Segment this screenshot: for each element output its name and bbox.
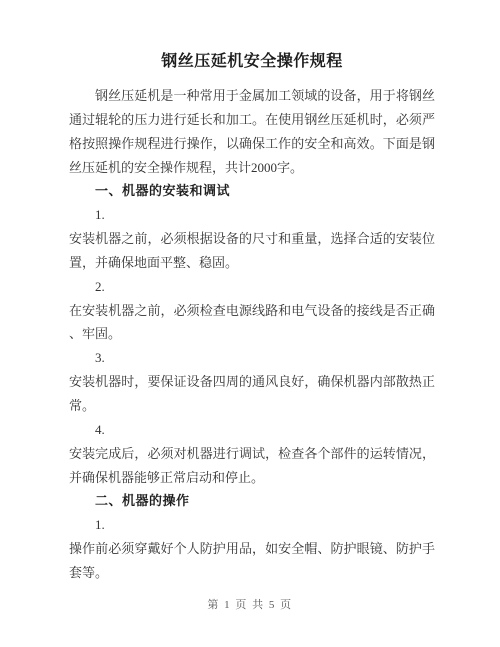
section-1-item-3-text: 安装机器时，要保证设备四周的通风良好，确保机器内部散热正常。: [69, 370, 435, 418]
intro-paragraph: 钢丝压延机是一种常用于金属加工领域的设备，用于将钢丝通过辊轮的压力进行延长和加工…: [69, 84, 435, 179]
page-footer: 第 1 页 共 5 页: [0, 597, 500, 613]
page-number-label: 第 1 页 共 5 页: [207, 599, 292, 611]
section-1-item-4-number: 4.: [69, 418, 435, 442]
section-2-item-1-number: 1.: [69, 513, 435, 537]
section-1-item-1-number: 1.: [69, 203, 435, 227]
section-1-item-2-number: 2.: [69, 275, 435, 299]
section-2-item-1-text: 操作前必须穿戴好个人防护用品，如安全帽、防护眼镜、防护手套等。: [69, 537, 435, 585]
section-1-item-2-text: 在安装机器之前，必须检查电源线路和电气设备的接线是否正确、牢固。: [69, 299, 435, 347]
section-1-heading: 一、机器的安装和调试: [69, 179, 435, 203]
section-1-item-4-text: 安装完成后，必须对机器进行调试，检查各个部件的运转情况，并确保机器能够正常启动和…: [69, 442, 435, 490]
document-title: 钢丝压延机安全操作规程: [69, 51, 435, 73]
document-content: 钢丝压延机安全操作规程 钢丝压延机是一种常用于金属加工领域的设备，用于将钢丝通过…: [69, 0, 435, 585]
section-1-item-3-number: 3.: [69, 346, 435, 370]
document-page: 钢丝压延机安全操作规程 钢丝压延机是一种常用于金属加工领域的设备，用于将钢丝通过…: [0, 0, 500, 647]
section-2-heading: 二、机器的操作: [69, 489, 435, 513]
section-1-item-1-text: 安装机器之前，必须根据设备的尺寸和重量，选择合适的安装位置，并确保地面平整、稳固…: [69, 227, 435, 275]
